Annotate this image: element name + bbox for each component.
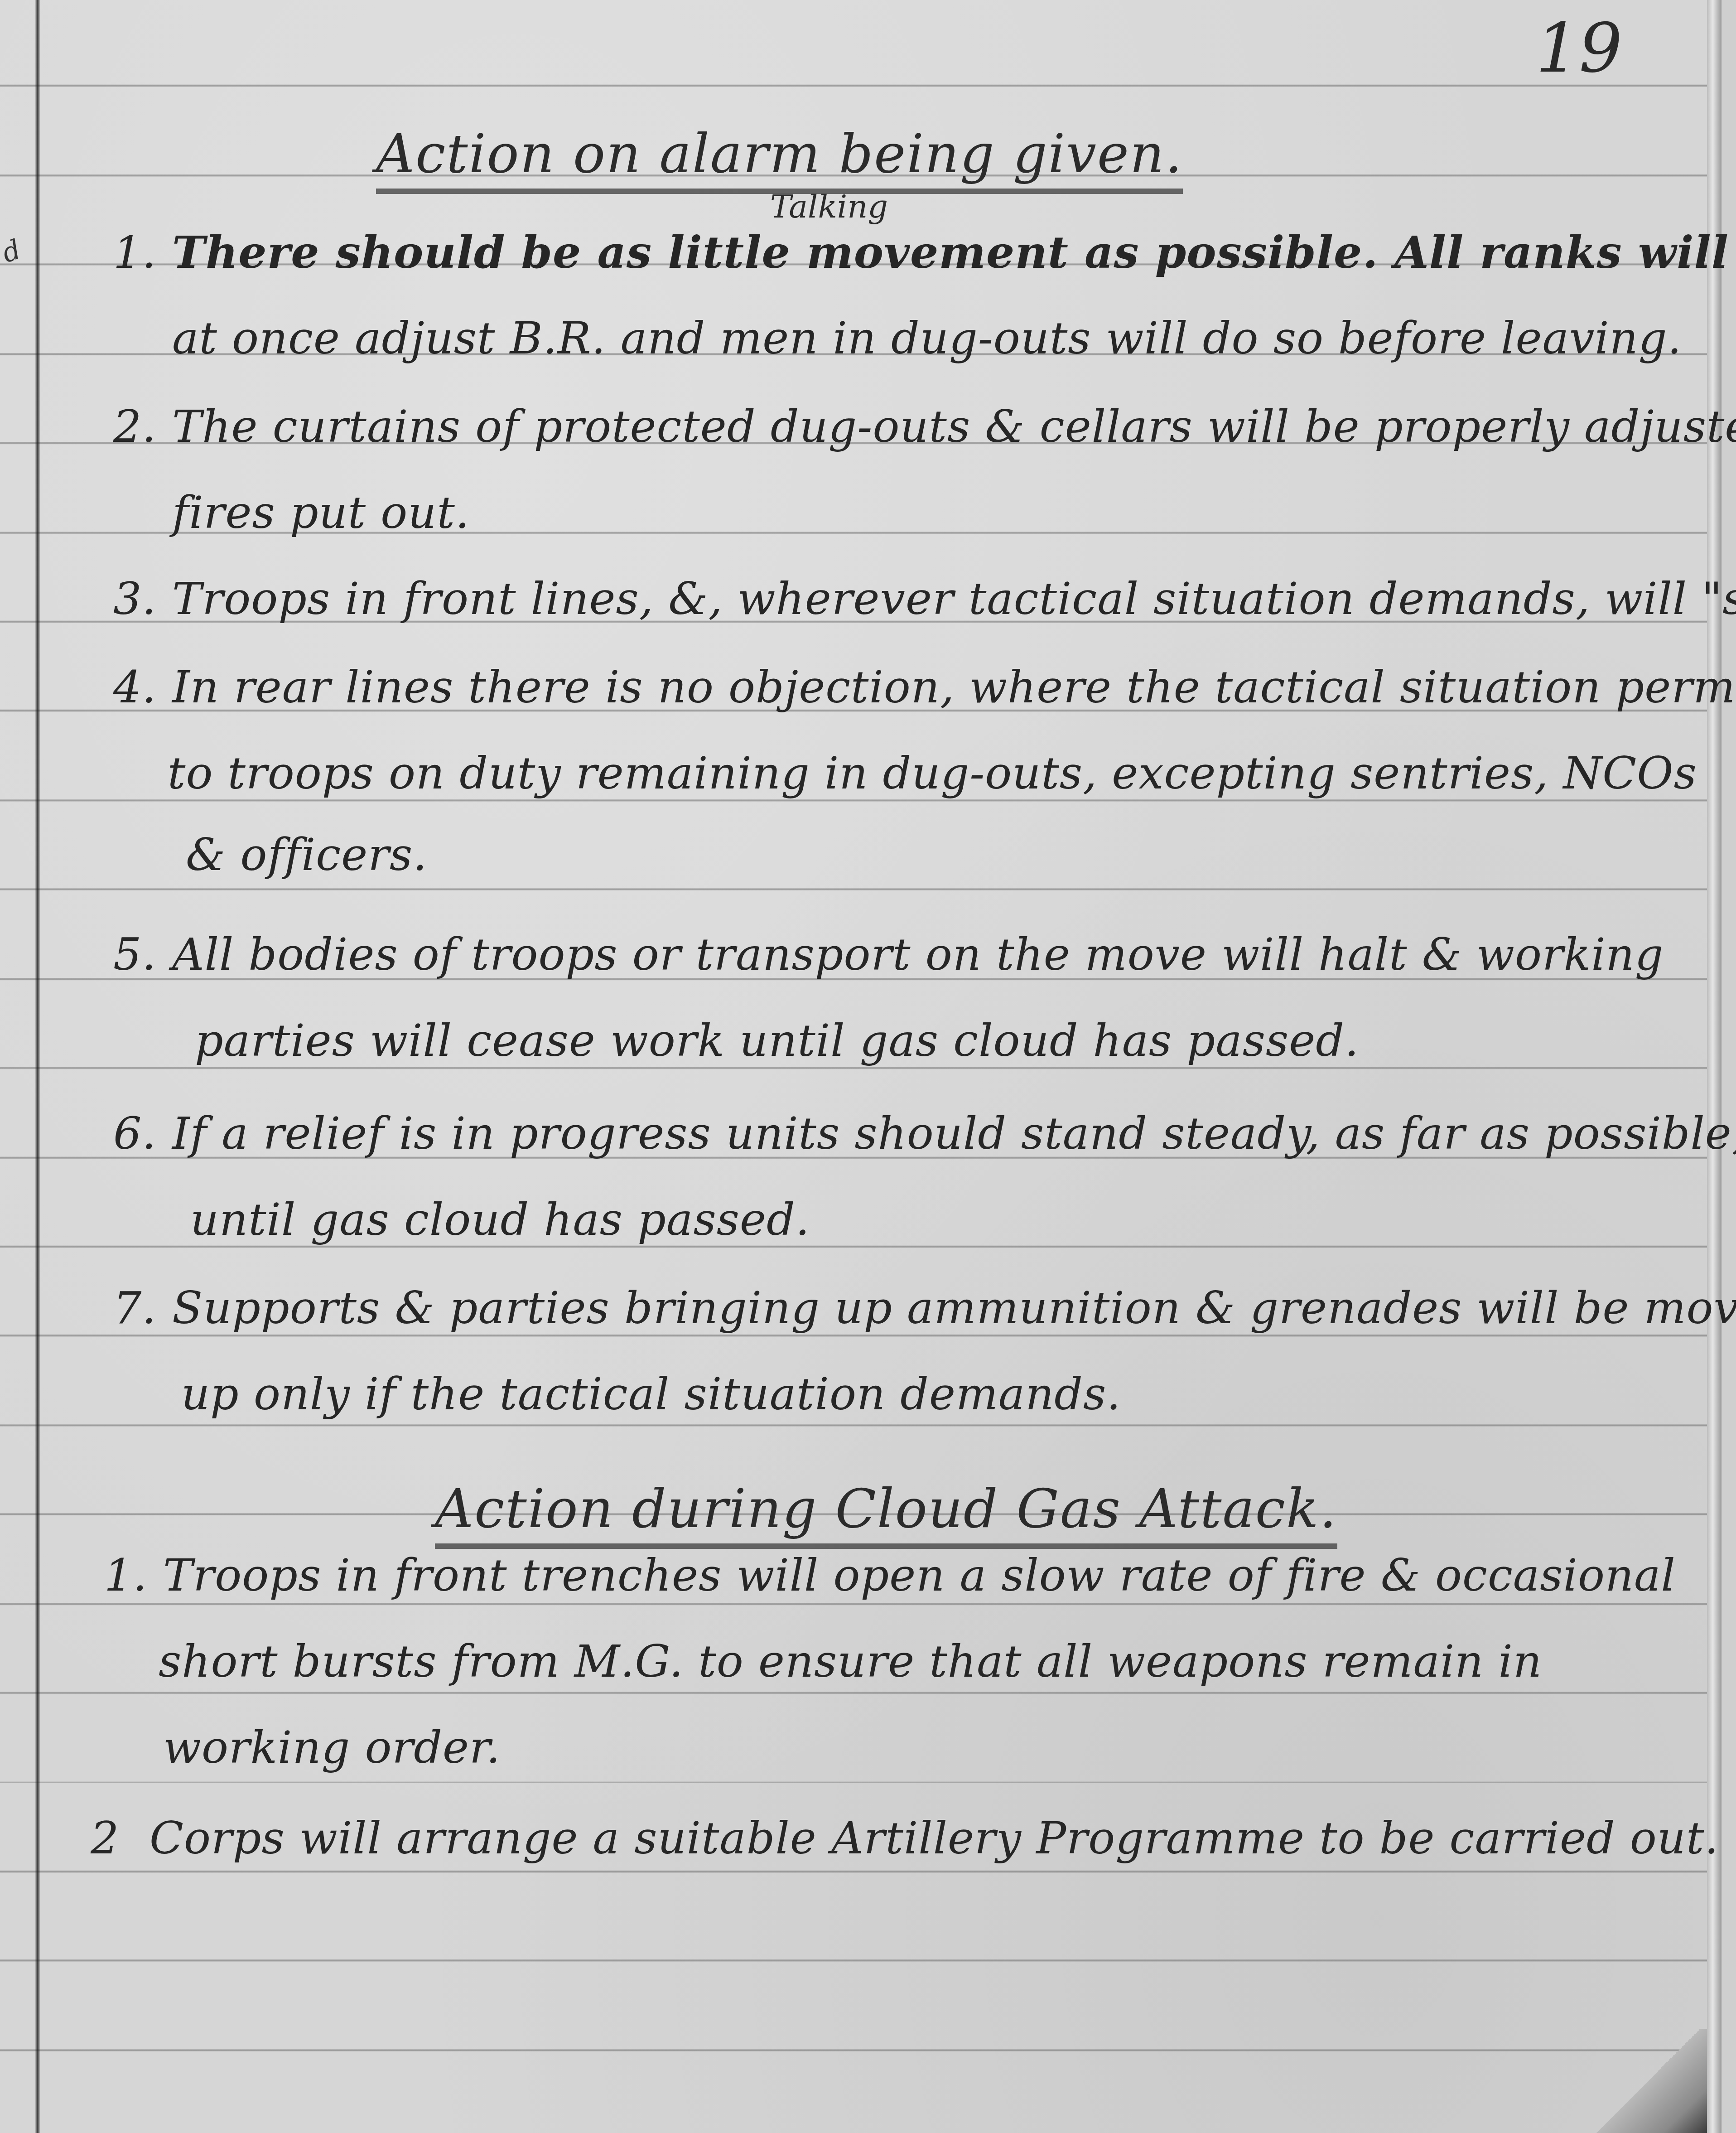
margin-line: [35, 0, 40, 2133]
page-number: 19: [1536, 9, 1622, 88]
item-4-line-1: 4.In rear lines there is no objection, w…: [113, 662, 1736, 713]
item-2-line-1: 2.The curtains of protected dug-outs & c…: [113, 401, 1736, 453]
inserted-word: Talking: [770, 188, 888, 225]
section-heading-cloud-gas: Action during Cloud Gas Attack.: [435, 1477, 1337, 1549]
gas-item-2-line-1: 2Corps will arrange a suitable Artillery…: [91, 1813, 1719, 1864]
item-6-line-2: until gas cloud has passed.: [190, 1194, 810, 1246]
folded-corner: [1589, 2029, 1707, 2133]
item-3-line-1: 3.Troops in front lines, &, wherever tac…: [113, 573, 1736, 625]
gas-item-1-line-1: 1.Troops in front trenches will open a s…: [104, 1550, 1676, 1601]
item-7-line-2: up only if the tactical situation demand…: [181, 1369, 1121, 1420]
item-5-line-1: 5.All bodies of troops or transport on t…: [113, 929, 1664, 981]
item-4-line-3: & officers.: [186, 829, 427, 881]
item-1-line-2: at once adjust B.R. and men in dug-outs …: [172, 313, 1682, 364]
section-heading-alarm: Action on alarm being given.: [376, 122, 1183, 194]
gas-item-1-line-2: short bursts from M.G. to ensure that al…: [159, 1636, 1542, 1688]
item-4-line-2: to troops on duty remaining in dug-outs,…: [168, 748, 1697, 799]
item-1-line-1: 1.There should be as little movement as …: [113, 227, 1729, 279]
item-2-line-2: fires put out.: [172, 487, 470, 539]
notebook-page: d 19 Action on alarm being given. Talkin…: [0, 0, 1722, 2133]
item-7-line-1: 7.Supports & parties bringing up ammunit…: [113, 1282, 1736, 1334]
gas-item-1-line-3: working order.: [163, 1722, 501, 1774]
item-6-line-1: 6.If a relief is in progress units shoul…: [113, 1108, 1736, 1160]
item-5-line-2: parties will cease work until gas cloud …: [195, 1015, 1359, 1067]
